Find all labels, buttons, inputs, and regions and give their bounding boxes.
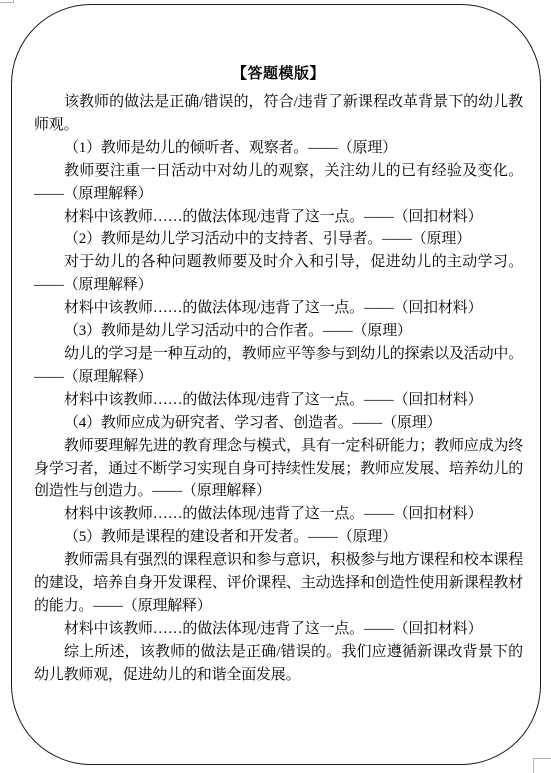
paragraph: 教师要理解先进的教育理念与模式，具有一定科研能力；教师应成为终身学习者，通过不断…: [34, 435, 523, 504]
paragraph: 材料中该教师……的做法体现/违背了这一点。——（回扣材料）: [34, 389, 523, 412]
paragraph: 材料中该教师……的做法体现/违背了这一点。——（回扣材料）: [34, 503, 523, 526]
document-title: 【答题模版】: [34, 63, 523, 86]
paragraph: 材料中该教师……的做法体现/违背了这一点。——（回扣材料）: [34, 206, 523, 229]
paragraph-list: 该教师的做法是正确/错误的，符合/违背了新课程改革背景下的幼儿教师观。（1）教师…: [34, 91, 523, 687]
paragraph: （3）教师是幼儿学习活动中的合作者。——（原理）: [34, 320, 523, 343]
paragraph: 材料中该教师……的做法体现/违背了这一点。——（回扣材料）: [34, 618, 523, 641]
document-body: 【答题模版】 该教师的做法是正确/错误的，符合/违背了新课程改革背景下的幼儿教师…: [34, 63, 523, 687]
paragraph: 材料中该教师……的做法体现/违背了这一点。——（回扣材料）: [34, 297, 523, 320]
paragraph: （4）教师应成为研究者、学习者、创造者。——（原理）: [34, 412, 523, 435]
paragraph: 该教师的做法是正确/错误的，符合/违背了新课程改革背景下的幼儿教师观。: [34, 91, 523, 137]
paragraph: 对于幼儿的各种问题教师要及时介入和引导，促进幼儿的主动学习。——（原理解释）: [34, 251, 523, 297]
page-margin-mark-bottom-right: [533, 758, 551, 773]
page-margin-mark-top-left: [0, 0, 14, 3]
paragraph: （2）教师是幼儿学习活动中的支持者、引导者。——（原理）: [34, 228, 523, 251]
paragraph: （1）教师是幼儿的倾听者、观察者。——（原理）: [34, 137, 523, 160]
paragraph: 幼儿的学习是一种互动的，教师应平等参与到幼儿的探索以及活动中。——（原理解释）: [34, 343, 523, 389]
paragraph: 教师需具有强烈的课程意识和参与意识，积极参与地方课程和校本课程的建设，培养自身开…: [34, 549, 523, 618]
paragraph: 教师要注重一日活动中对幼儿的观察，关注幼儿的已有经验及变化。——（原理解释）: [34, 160, 523, 206]
paragraph: （5）教师是课程的建设者和开发者。——（原理）: [34, 526, 523, 549]
paragraph: 综上所述，该教师的做法是正确/错误的。我们应遵循新课改背景下的幼儿教师观，促进幼…: [34, 641, 523, 687]
document-page: { "document": { "title": "【答题模版】", "para…: [0, 0, 551, 773]
